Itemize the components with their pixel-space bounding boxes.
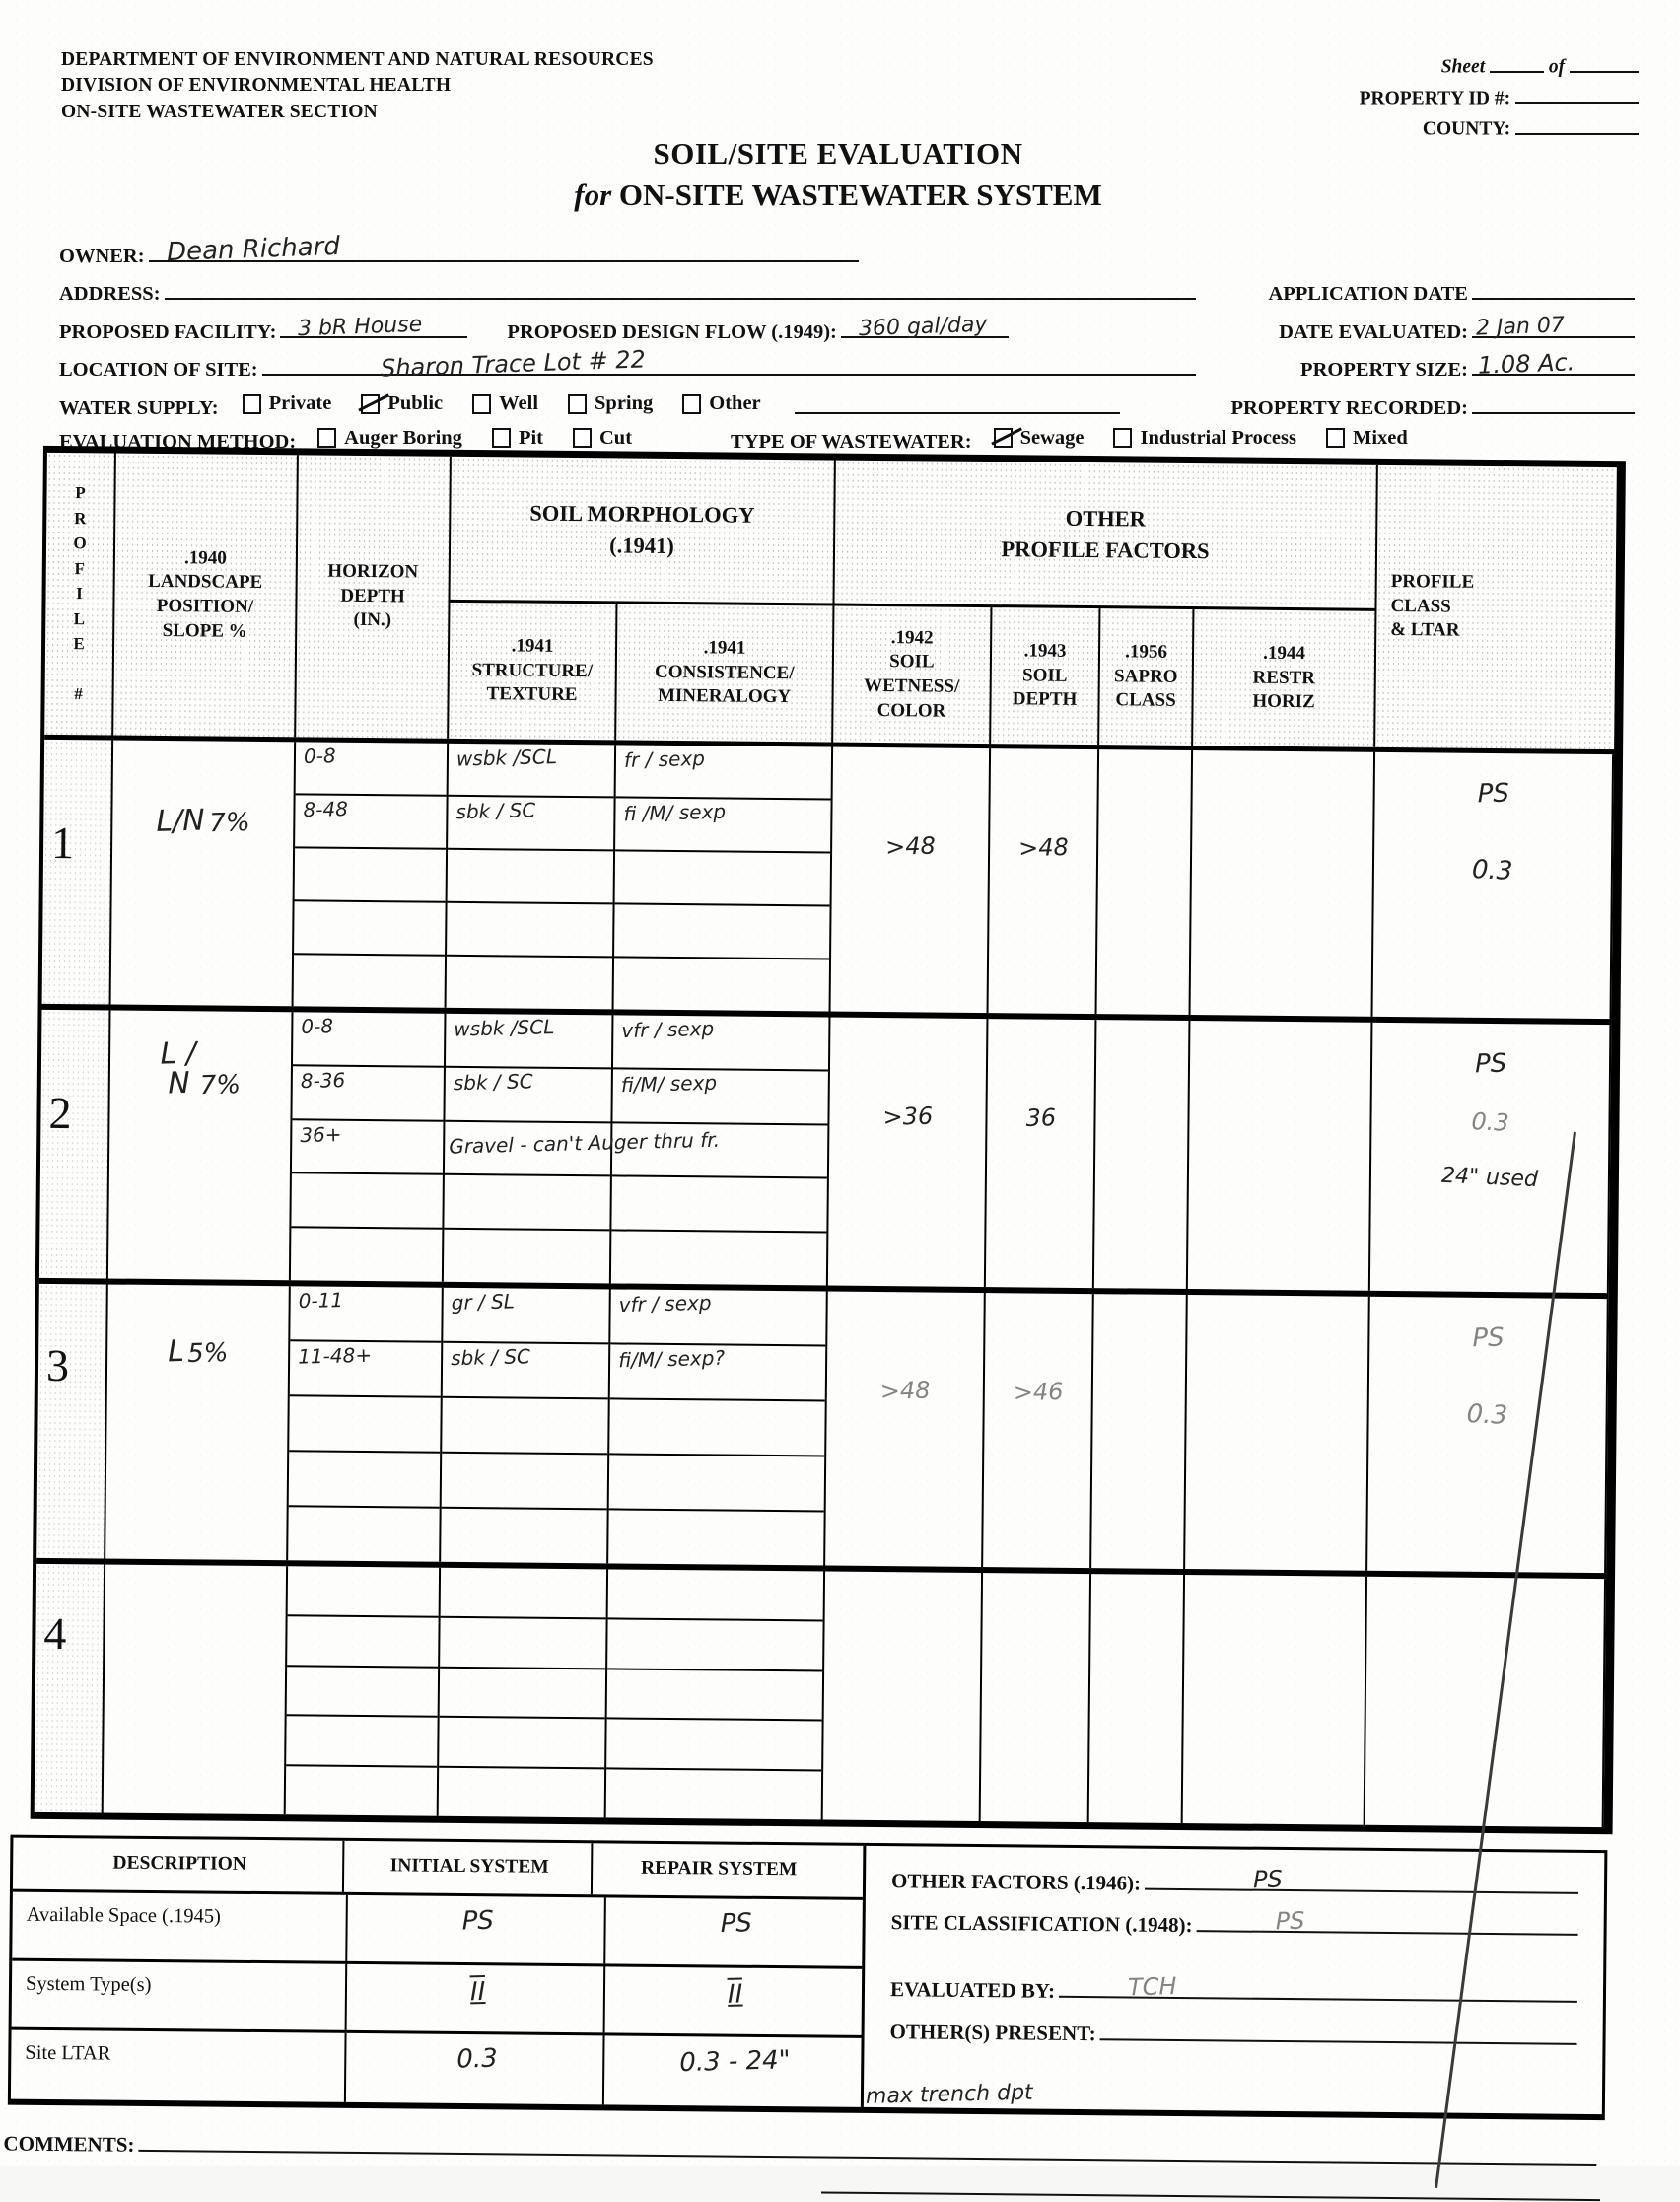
profile-2-class: PS [1475,1051,1507,1078]
location-handwriting: Sharon Trace Lot # 22 [380,348,646,381]
profile-3-slope: 5% [187,1340,229,1367]
site-info-section: OWNER: Dean Richard ADDRESS: APPLICATION… [59,237,1639,461]
title-for-word: for [574,178,611,212]
profile-1-number: 1 [42,740,114,1005]
dept-line-2: DIVISION OF ENVIRONMENTAL HEALTH [61,73,654,99]
available-space-initial: PS [462,1908,495,1935]
checkbox-mixed-icon [1326,428,1345,448]
owner-field: Dean Richard [149,237,859,262]
profile-4-texture-col [439,1568,606,1818]
p2-h2-consistence: fi/M/ sexp [621,1073,718,1095]
profile-row-4: 4 [35,1564,1606,1827]
available-space-row: Available Space (.1945) PS PS [12,1892,863,1969]
title-rest: ON-SITE WASTEWATER SYSTEM [619,178,1102,212]
profile-1-soil-depth: >48 [1018,835,1069,860]
profile-1-position: L/N [156,807,205,837]
profile-2-number: 2 [39,1010,111,1279]
sheet-line: Sheet of [1244,51,1639,83]
p3-h1-texture: gr / SL [451,1291,515,1313]
comments-row: COMMENTS: [3,2125,1600,2166]
wastewater-industrial: Industrial Process [1113,427,1296,450]
profile-1-landscape: L/N 7% [111,741,297,1007]
dept-line-3: ON-SITE WASTEWATER SECTION [61,100,654,125]
site-ltar-repair: 0.3 - 24" [679,2047,791,2076]
profile-3-ltar: 0.3 [1466,1401,1507,1429]
checkbox-other-icon [682,394,701,414]
water-supply-well: Well [472,392,538,415]
water-supply-private: Private [243,392,332,415]
profile-4-landscape [104,1565,288,1815]
design-flow-label: PROPOSED DESIGN FLOW (.1949): [507,321,836,344]
form-title-line1: SOIL/SITE EVALUATION [296,136,1380,172]
proposed-facility-label: PROPOSED FACILITY: [59,321,276,344]
design-flow-field: 360 gal/day [841,313,1009,338]
pit-label: Pit [519,427,543,450]
profile-2-landscape: L / N 7% [108,1011,294,1281]
max-trench-depth-note: max trench dpt [866,2083,1033,2108]
date-evaluated-group: DATE EVALUATED: 2 Jan 07 [1200,313,1639,344]
auger-label: Auger Boring [344,427,462,450]
other-factors-handwriting: PS [1253,1868,1283,1892]
scanned-form-page: DEPARTMENT OF ENVIRONMENT AND NATURAL RE… [0,0,1680,2166]
checkbox-well-icon [472,394,491,414]
address-field [165,275,1196,301]
wastewater-type-label: TYPE OF WASTEWATER: [731,431,972,454]
p3-h2-depth: 11-48+ [298,1345,372,1367]
p2-h3-depth: 36+ [300,1124,342,1145]
p1-h1-texture: wsbk /SCL [456,746,557,769]
sewage-label: Sewage [1020,427,1085,450]
profile-2-wetness: >36 [882,1104,933,1129]
profile-4-number: 4 [35,1564,105,1813]
checkbox-private-icon [243,394,261,414]
profile-3-wetness: >48 [879,1379,930,1403]
profile-1-consistence-col: fr / sexp fi /M/ sexp [614,745,832,1011]
p1-h1-depth: 0-8 [304,746,336,766]
profile-3-depth-col: 0-11 11-48+ [288,1286,442,1561]
profile-2-depth-col: 0-8 8-36 36+ [291,1012,445,1281]
restr-horiz-header: .1944 RESTR HORIZ [1193,609,1376,747]
property-recorded-group: PROPERTY RECORDED: [1200,389,1639,420]
evaluated-by-field: TCH [1059,1972,1577,2003]
sapro-class-header: .1956 SAPRO CLASS [1099,608,1194,746]
wastewater-mixed: Mixed [1326,427,1408,450]
p3-h1-depth: 0-11 [298,1290,343,1311]
p2-h1-depth: 0-8 [301,1016,333,1036]
available-space-label: Available Space (.1945) [12,1892,348,1961]
date-evaluated-label: DATE EVALUATED: [1279,321,1468,344]
p3-h2-texture: sbk / SC [451,1346,530,1368]
wastewater-sewage: Sewage [994,427,1085,450]
profile-row-1: 1 L/N 7% 0-8 8-48 wsbk /SCL sbk / SC [42,740,1615,1025]
consistence-mineralogy-header: .1941 CONSISTENCE/ MINERALOGY [616,604,834,742]
other-label: Other [709,392,760,415]
system-type-repair: II [724,1979,747,2010]
well-label: Well [499,392,538,415]
checkbox-pit-icon [492,428,511,448]
water-supply-row: WATER SUPPLY: Private Public Well Spring… [59,389,1639,420]
application-date-group: APPLICATION DATE [1200,275,1639,307]
sheet-block: Sheet of PROPERTY ID #: COUNTY: [1244,51,1639,145]
profile-3-class: PS [1472,1325,1505,1352]
repair-system-header: REPAIR SYSTEM [593,1843,841,1896]
form-title-line2: for ON-SITE WASTEWATER SYSTEM [296,178,1380,213]
profile-1-texture-col: wsbk /SCL sbk / SC [447,744,615,1010]
method-pit: Pit [492,427,543,450]
application-date-label: APPLICATION DATE [1268,283,1468,306]
other-profile-factors-header: OTHER PROFILE FACTORS [834,461,1377,611]
county-field [1515,113,1639,135]
initial-system-header: INITIAL SYSTEM [344,1841,593,1894]
horizon-depth-header: HORIZON DEPTH (IN.) [296,455,452,738]
soil-profile-table: P R O F I L E # .1940 LANDSCAPE POSITION… [31,446,1626,1834]
system-summary-table: DESCRIPTION INITIAL SYSTEM REPAIR SYSTEM… [11,1838,867,2107]
method-cut: Cut [573,427,632,450]
p1-h1-consistence: fr / sexp [624,748,705,770]
site-classification-handwriting: PS [1275,1909,1304,1934]
owner-row: OWNER: Dean Richard [59,237,1639,268]
evaluated-by-label: EVALUATED BY: [890,1978,1055,2005]
public-label: Public [387,392,443,415]
design-flow-handwriting: 360 gal/day [859,314,988,340]
property-size-field: 1.08 Ac. [1472,351,1635,377]
industrial-label: Industrial Process [1140,427,1296,450]
structure-texture-header: .1941 STRUCTURE/ TEXTURE [449,603,617,741]
property-id-line: PROPERTY ID #: [1244,83,1639,114]
profile-2-texture-col: wsbk /SCL sbk / SC Gravel - can't Auger … [444,1014,612,1284]
profile-3-number: 3 [36,1284,108,1559]
property-size-label: PROPERTY SIZE: [1300,359,1468,382]
p3-h1-consistence: vfr / sexp [618,1293,711,1314]
system-type-initial: II [465,1977,489,2008]
profile-2-ltar: 0.3 [1471,1109,1509,1135]
proposed-facility-field: 3 bR House [280,313,467,338]
evaluated-by-handwriting: TCH [1128,1975,1177,2000]
water-supply-other: Other [682,392,760,415]
date-evaluated-field: 2 Jan 07 [1472,313,1635,338]
comments-label: COMMENTS: [3,2132,134,2158]
profile-2-slope: 7% [200,1072,242,1099]
checkbox-public-icon [361,394,380,414]
property-id-label: PROPERTY ID #: [1360,88,1511,108]
spring-label: Spring [595,392,653,415]
profile-3-position: L [167,1337,183,1367]
profile-4-class-cell [1365,1577,1606,1827]
mixed-label: Mixed [1353,427,1408,450]
soil-wetness-header: .1942 SOIL WETNESS/ COLOR [833,606,992,745]
profile-3-consistence-col: vfr / sexp fi/M/ sexp? [608,1289,826,1565]
soil-morphology-header: SOIL MORPHOLOGY (.1941) [450,457,835,606]
p2-gravel-note: Gravel - can't Auger thru fr. [449,1129,720,1156]
evaluated-by-line: EVALUATED BY: TCH [890,1970,1581,2009]
sheet-total-field [1570,51,1639,73]
profile-3-soil-depth: >46 [1013,1380,1063,1404]
sheet-of-label: of [1549,57,1565,78]
water-supply-spring: Spring [568,392,653,415]
profile-class-ltar-header: PROFILE CLASS & LTAR [1375,465,1617,749]
summary-header-row: DESCRIPTION INITIAL SYSTEM REPAIR SYSTEM [13,1838,863,1900]
county-label: COUNTY: [1423,119,1510,140]
site-ltar-initial: 0.3 [456,2046,498,2073]
evaluation-summary-box: OTHER FACTORS (.1946): PS SITE CLASSIFIC… [864,1846,1605,2114]
address-row: ADDRESS: APPLICATION DATE [59,275,1639,307]
department-heading: DEPARTMENT OF ENVIRONMENT AND NATURAL RE… [61,47,654,125]
available-space-repair: PS [720,1910,752,1937]
profile-4-consistence-col [606,1569,823,1819]
application-date-field [1472,275,1635,301]
water-supply-label: WATER SUPPLY: [59,397,219,420]
profile-1-ltar: 0.3 [1472,857,1513,885]
profile-2-class-cell: PS 0.3 24" used [1370,1023,1612,1293]
property-size-handwriting: 1.08 Ac. [1478,351,1575,378]
description-header: DESCRIPTION [13,1838,344,1892]
p2-h1-consistence: vfr / sexp [621,1019,714,1040]
cut-label: Cut [599,427,632,450]
profile-number-header: P R O F I L E # [44,453,116,736]
owner-label: OWNER: [59,246,145,268]
method-auger-boring: Auger Boring [317,427,462,450]
profile-3-landscape: L 5% [105,1285,291,1561]
form-title: SOIL/SITE EVALUATION for ON-SITE WASTEWA… [296,136,1380,213]
profile-2-position: L / N [160,1039,197,1100]
comments-field [138,2126,1596,2166]
water-other-field [795,389,1120,414]
checkbox-cut-icon [573,428,592,448]
p2-h1-texture: wsbk /SCL [454,1017,554,1039]
p2-h2-texture: sbk / SC [454,1071,533,1093]
date-evaluated-handwriting: 2 Jan 07 [1476,315,1566,339]
profile-1-class-cell: PS 0.3 [1373,752,1615,1019]
others-present-line: OTHER(S) PRESENT: [889,2013,1580,2051]
soil-depth-header: .1943 SOIL DEPTH [991,607,1100,745]
profile-1-wetness: >48 [885,834,936,859]
facility-row: PROPOSED FACILITY: 3 bR House PROPOSED D… [59,313,1639,344]
profile-3-class-cell: PS 0.3 [1367,1297,1609,1573]
summary-section: DESCRIPTION INITIAL SYSTEM REPAIR SYSTEM… [8,1835,1608,2121]
sheet-number-field [1490,51,1544,73]
profile-2-soil-depth: 36 [1025,1105,1056,1130]
p1-h2-texture: sbk / SC [455,800,535,821]
dept-line-1: DEPARTMENT OF ENVIRONMENT AND NATURAL RE… [61,47,654,73]
location-row: LOCATION OF SITE: Sharon Trace Lot # 22 … [59,351,1639,383]
checkbox-industrial-icon [1113,428,1132,448]
p2-h2-depth: 8-36 [301,1070,346,1091]
owner-handwriting: Dean Richard [166,234,340,265]
landscape-header: .1940 LANDSCAPE POSITION/ SLOPE % [113,454,299,738]
system-type-row: System Type(s) II II [12,1961,863,2038]
profile-2-ltar-note: 24" used [1440,1166,1538,1191]
p1-h2-consistence: fi /M/ sexp [623,802,726,824]
other-factors-label: OTHER FACTORS (.1946): [891,1869,1141,1895]
site-classification-line: SITE CLASSIFICATION (.1948): PS [891,1903,1582,1942]
checkbox-auger-icon [317,428,336,448]
profile-1-class: PS [1477,781,1509,808]
proposed-facility-handwriting: 3 bR House [298,314,423,339]
site-classification-label: SITE CLASSIFICATION (.1948): [891,1910,1193,1938]
location-label: LOCATION OF SITE: [59,359,258,382]
profile-row-3: 3 L 5% 0-11 11-48+ gr / SL sbk / SC [36,1284,1609,1579]
checkbox-sewage-icon [994,428,1013,448]
site-ltar-label: Site LTAR [11,2030,347,2102]
others-present-field [1100,2015,1577,2045]
address-label: ADDRESS: [59,283,161,306]
profile-row-2: 2 L / N 7% 0-8 8-36 36+ wsbk /SCL sbk / … [39,1010,1612,1299]
site-classification-field: PS [1197,1906,1578,1936]
profile-4-depth-col [286,1566,439,1815]
property-recorded-field [1472,389,1635,414]
site-ltar-row: Site LTAR 0.3 0.3 - 24" [11,2030,862,2107]
property-size-group: PROPERTY SIZE: 1.08 Ac. [1200,351,1639,383]
sheet-label: Sheet [1441,57,1485,78]
system-type-label: System Type(s) [12,1961,348,2030]
p1-h2-depth: 8-48 [303,799,348,819]
private-label: Private [269,392,332,415]
lower-scan-area: P R O F I L E # .1940 LANDSCAPE POSITION… [0,445,1680,2166]
property-recorded-label: PROPERTY RECORDED: [1230,397,1468,420]
profile-1-depth-col: 0-8 8-48 [294,742,448,1007]
table-header: P R O F I L E # .1940 LANDSCAPE POSITION… [44,453,1617,754]
p3-h2-consistence: fi/M/ sexp? [618,1348,725,1371]
profile-3-texture-col: gr / SL sbk / SC [441,1288,609,1564]
location-field: Sharon Trace Lot # 22 [262,351,1196,377]
other-factors-field: PS [1145,1865,1578,1894]
profile-1-slope: 7% [209,810,250,836]
water-supply-public: Public [361,392,443,415]
others-present-label: OTHER(S) PRESENT: [889,2020,1095,2046]
property-id-field [1515,83,1639,105]
checkbox-spring-icon [568,394,587,414]
